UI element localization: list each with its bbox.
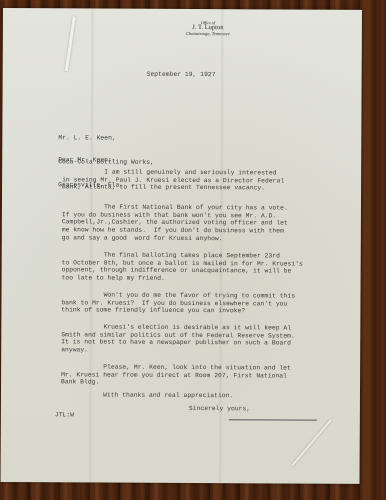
letter-date: September 19, 1927 [147,71,216,78]
paragraph-5: Kruesi's election is desirable as it wil… [61,323,351,355]
paragraph-6: Please, Mr. Keen, look into the situatio… [61,363,351,388]
paragraph-7: With thanks and real appreciation. [61,391,351,400]
recipient-name: Mr. L. E. Keen, [58,135,154,143]
letterhead-city: Chattanooga, Tennessee [163,32,253,37]
salutation: Dear Mr. Keen:- [58,156,115,163]
letter-sheet: Office of J. T. Lupton Chattanooga, Tenn… [1,8,362,484]
signature-line [229,419,317,420]
letterhead: Office of J. T. Lupton Chattanooga, Tenn… [163,21,253,37]
paragraph-4: Won't you do me the favor of trying to c… [61,291,351,316]
paper-crease [65,16,76,71]
paragraph-2: The First National Bank of your city has… [62,203,352,243]
typist-initials: JTL:W [55,411,74,418]
paper-crease [292,419,332,466]
closing: Sincerely yours, [189,405,250,412]
paragraph-1: I am still genuinely and seriously inter… [62,168,352,193]
paragraph-3: The final balloting takes place Septembe… [62,251,352,283]
